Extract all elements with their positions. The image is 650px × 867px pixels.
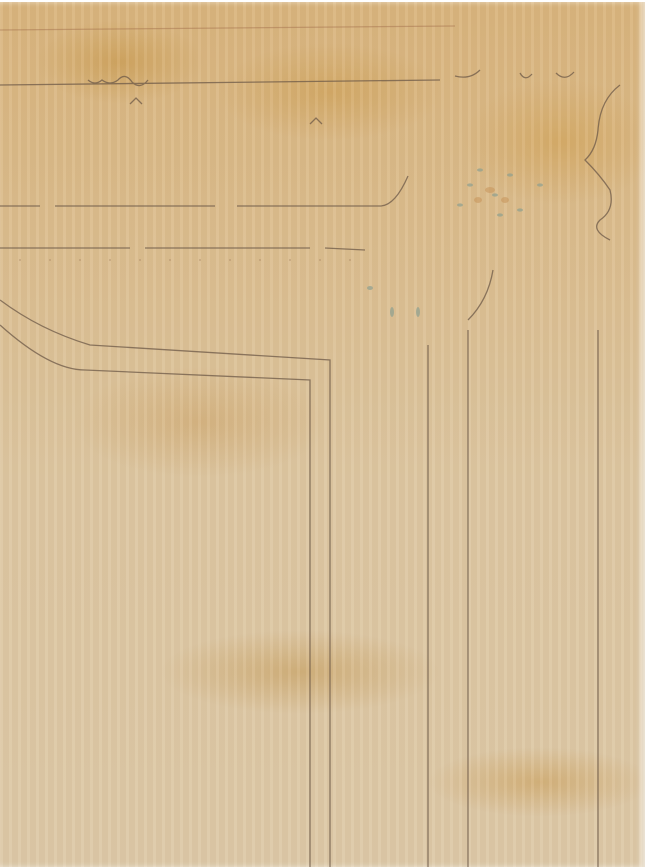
rug-border-motifs <box>0 0 650 867</box>
